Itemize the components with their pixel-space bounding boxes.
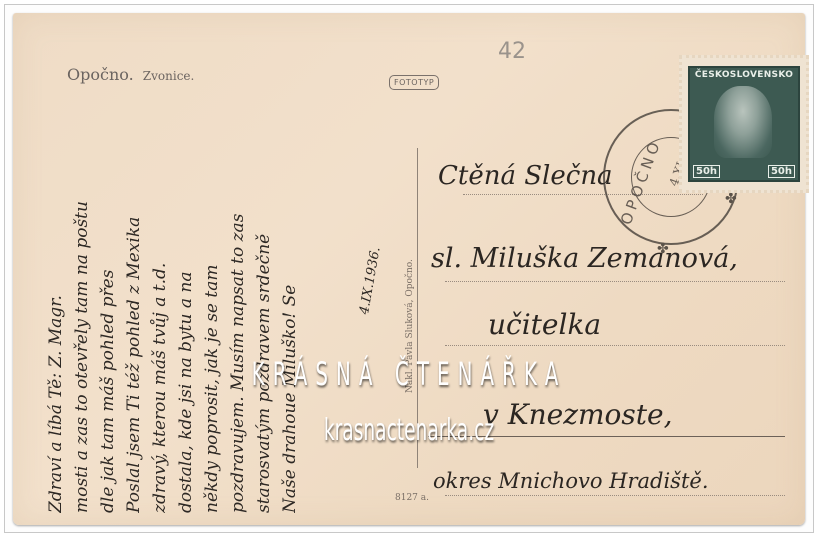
- postmark-star-icon: ✤: [657, 241, 669, 257]
- watermark-title: KRÁSNÁ ČTENÁŘKA: [155, 355, 662, 393]
- postage-stamp: ČESKOSLOVENSKO 50h 50h: [679, 55, 809, 193]
- stamp-portrait-icon: [714, 86, 772, 158]
- stamp-design: ČESKOSLOVENSKO 50h 50h: [688, 66, 800, 182]
- stamp-value-left: 50h: [693, 165, 720, 178]
- address-rule: [445, 345, 785, 346]
- address-rule: [445, 281, 785, 282]
- printer-mark: FOTOTYP: [389, 75, 439, 90]
- address-rule: [445, 495, 785, 496]
- stamp-value-right: 50h: [768, 165, 795, 178]
- message-line: Poslal jsem Ti též pohled z Mexika: [121, 43, 147, 513]
- message-line: mosti a zas to otevřely tam na poštu: [69, 43, 95, 513]
- stamp-country: ČESKOSLOVENSKO: [690, 70, 798, 80]
- address-line-3: učitelka: [488, 308, 601, 341]
- message-line: dle jak tam máš pohled přes: [95, 43, 121, 513]
- message-date: 4.IX.1936.: [357, 246, 384, 316]
- postcard: Opočno. Zvonice. FOTOTYP 42 Nakl. Pavla …: [13, 13, 805, 525]
- address-line-2: sl. Miluška Zemanová,: [431, 243, 738, 274]
- watermark-url: krasnactenarka.cz: [155, 413, 662, 448]
- catalog-number: 8127 a.: [395, 493, 429, 503]
- pencil-annotation: 42: [498, 39, 526, 64]
- address-line-1: Ctěná Slečna: [438, 161, 613, 191]
- postmark-star-icon: ✤: [725, 191, 737, 207]
- address-line-5: okres Mnichovo Hradiště.: [433, 469, 709, 493]
- message-line: Zdraví a líbá Tě: Z. Magr.: [43, 43, 69, 513]
